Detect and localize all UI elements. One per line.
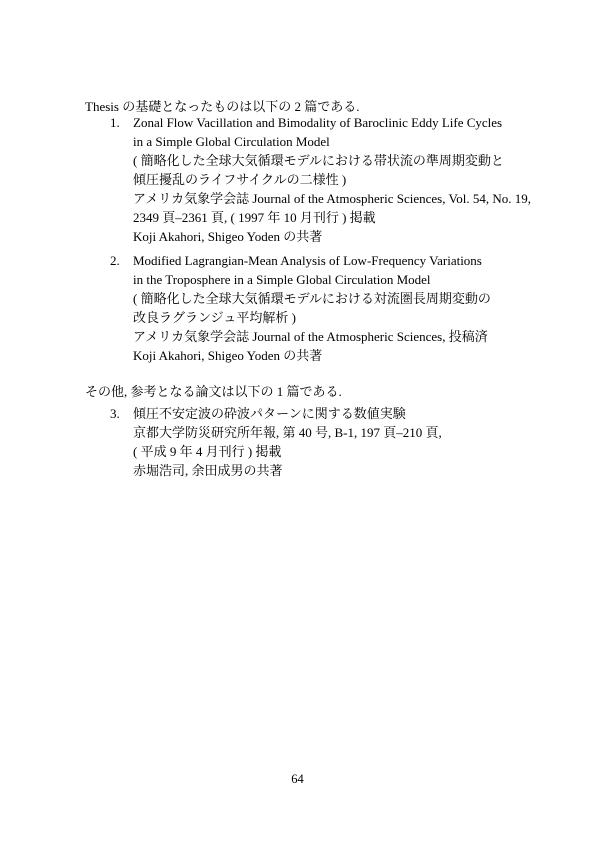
publication-line: in the Troposphere in a Simple Global Ci… <box>133 270 491 289</box>
other-papers-paragraph: その他, 参考となる論文は以下の 1 篇である. <box>85 382 342 401</box>
publication-line: in a Simple Global Circulation Model <box>133 132 531 151</box>
publication-line: Koji Akahori, Shigeo Yoden の共著 <box>133 227 531 246</box>
page-number: 64 <box>0 770 595 789</box>
publication-line: 傾圧不安定波の砕波パターンに関する数値実験 <box>133 404 442 423</box>
publication-text: 傾圧不安定波の砕波パターンに関する数値実験 京都大学防災研究所年報, 第 40 … <box>133 404 442 480</box>
publication-item-2: 2. Modified Lagrangian-Mean Analysis of … <box>110 251 491 365</box>
publication-line: アメリカ気象学会誌 Journal of the Atmospheric Sci… <box>133 189 531 208</box>
publication-number: 1. <box>110 113 133 132</box>
publication-line: ( 簡略化した全球大気循環モデルにおける帯状流の準周期変動と <box>133 151 531 170</box>
publication-number: 3. <box>110 404 133 423</box>
publication-line: ( 平成 9 年 4 月刊行 ) 掲載 <box>133 442 442 461</box>
publication-line: 京都大学防災研究所年報, 第 40 号, B-1, 197 頁–210 頁, <box>133 423 442 442</box>
publication-line: 2349 頁–2361 頁, ( 1997 年 10 月刊行 ) 掲載 <box>133 208 531 227</box>
publication-line: 傾圧擾乱のライフサイクルの二様性 ) <box>133 170 531 189</box>
publication-line: ( 簡略化した全球大気循環モデルにおける対流圏長周期変動の <box>133 289 491 308</box>
publication-line: 改良ラグランジュ平均解析 ) <box>133 308 491 327</box>
publication-text: Modified Lagrangian-Mean Analysis of Low… <box>133 251 491 365</box>
publication-line: Koji Akahori, Shigeo Yoden の共著 <box>133 346 491 365</box>
publication-number: 2. <box>110 251 133 270</box>
publication-line: Modified Lagrangian-Mean Analysis of Low… <box>133 251 491 270</box>
publication-line: 赤堀浩司, 余田成男の共著 <box>133 461 442 480</box>
publication-item-1: 1. Zonal Flow Vacillation and Bimodality… <box>110 113 531 246</box>
publication-item-3: 3. 傾圧不安定波の砕波パターンに関する数値実験 京都大学防災研究所年報, 第 … <box>110 404 442 480</box>
publication-text: Zonal Flow Vacillation and Bimodality of… <box>133 113 531 246</box>
publication-line: Zonal Flow Vacillation and Bimodality of… <box>133 113 531 132</box>
thesis-document-page: Thesis の基礎となったものは以下の 2 篇である. 1. Zonal Fl… <box>0 0 595 842</box>
publication-line: アメリカ気象学会誌 Journal of the Atmospheric Sci… <box>133 327 491 346</box>
